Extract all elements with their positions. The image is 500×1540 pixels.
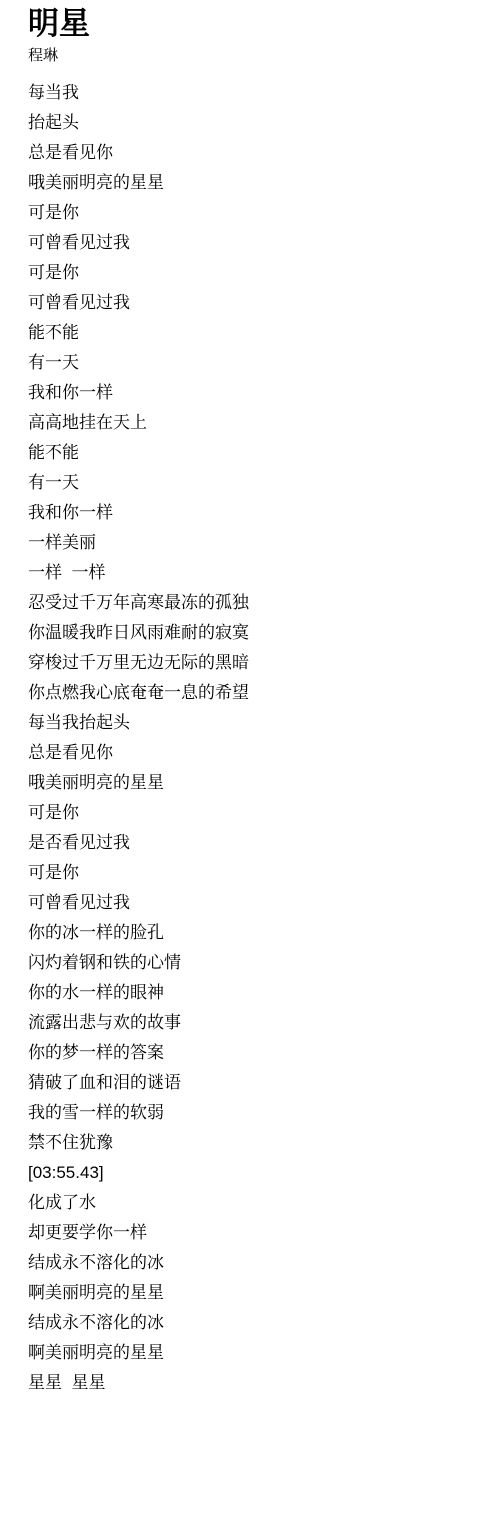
lyric-line: 可是你 bbox=[28, 798, 480, 828]
lyric-line: 你的梦一样的答案 bbox=[28, 1038, 480, 1068]
lyric-line: 哦美丽明亮的星星 bbox=[28, 168, 480, 198]
lyric-line: 总是看见你 bbox=[28, 138, 480, 168]
lyric-line: 有一天 bbox=[28, 468, 480, 498]
lyric-line: 有一天 bbox=[28, 348, 480, 378]
lyric-line: 可是你 bbox=[28, 258, 480, 288]
lyric-line: 啊美丽明亮的星星 bbox=[28, 1278, 480, 1308]
lyric-line: 可是你 bbox=[28, 858, 480, 888]
lyric-line: 结成永不溶化的冰 bbox=[28, 1308, 480, 1338]
lyric-line: 总是看见你 bbox=[28, 738, 480, 768]
lyric-line: 哦美丽明亮的星星 bbox=[28, 768, 480, 798]
lyric-line: 结成永不溶化的冰 bbox=[28, 1248, 480, 1278]
lyric-line: 忍受过千万年高寒最冻的孤独 bbox=[28, 588, 480, 618]
lyric-line: 闪灼着钢和铁的心情 bbox=[28, 948, 480, 978]
lyric-line: 是否看见过我 bbox=[28, 828, 480, 858]
lyric-line: 每当我 bbox=[28, 78, 480, 108]
lyric-line: 一样 一样 bbox=[28, 558, 480, 588]
lyric-line: 你的冰一样的脸孔 bbox=[28, 918, 480, 948]
lyric-line: [03:55.43] bbox=[28, 1158, 480, 1188]
lyric-line: 高高地挂在天上 bbox=[28, 408, 480, 438]
lyric-line: 穿梭过千万里无边无际的黑暗 bbox=[28, 648, 480, 678]
lyrics-list: 每当我抬起头总是看见你哦美丽明亮的星星可是你可曾看见过我可是你可曾看见过我能不能… bbox=[28, 78, 480, 1398]
lyric-line: 猜破了血和泪的谜语 bbox=[28, 1068, 480, 1098]
lyric-line: 能不能 bbox=[28, 318, 480, 348]
lyric-line: 我和你一样 bbox=[28, 498, 480, 528]
lyric-line: 可是你 bbox=[28, 198, 480, 228]
lyric-line: 你温暖我昨日风雨难耐的寂寞 bbox=[28, 618, 480, 648]
lyric-line: 流露出悲与欢的故事 bbox=[28, 1008, 480, 1038]
lyric-line: 禁不住犹豫 bbox=[28, 1128, 480, 1158]
lyric-line: 抬起头 bbox=[28, 108, 480, 138]
lyric-line: 每当我抬起头 bbox=[28, 708, 480, 738]
lyric-line: 化成了水 bbox=[28, 1188, 480, 1218]
page-title: 明星 bbox=[28, 4, 480, 44]
lyric-line: 可曾看见过我 bbox=[28, 288, 480, 318]
lyric-line: 可曾看见过我 bbox=[28, 228, 480, 258]
lyric-line: 我和你一样 bbox=[28, 378, 480, 408]
lyric-line: 可曾看见过我 bbox=[28, 888, 480, 918]
artist-name: 程琳 bbox=[28, 46, 480, 66]
lyric-line: 你的水一样的眼神 bbox=[28, 978, 480, 1008]
lyric-line: 却更要学你一样 bbox=[28, 1218, 480, 1248]
lyric-line: 你点燃我心底奄奄一息的希望 bbox=[28, 678, 480, 708]
lyric-line: 能不能 bbox=[28, 438, 480, 468]
lyrics-page: 明星 程琳 每当我抬起头总是看见你哦美丽明亮的星星可是你可曾看见过我可是你可曾看… bbox=[0, 0, 500, 1398]
lyric-line: 一样美丽 bbox=[28, 528, 480, 558]
lyric-line: 星星 星星 bbox=[28, 1368, 480, 1398]
lyric-line: 我的雪一样的软弱 bbox=[28, 1098, 480, 1128]
lyric-line: 啊美丽明亮的星星 bbox=[28, 1338, 480, 1368]
